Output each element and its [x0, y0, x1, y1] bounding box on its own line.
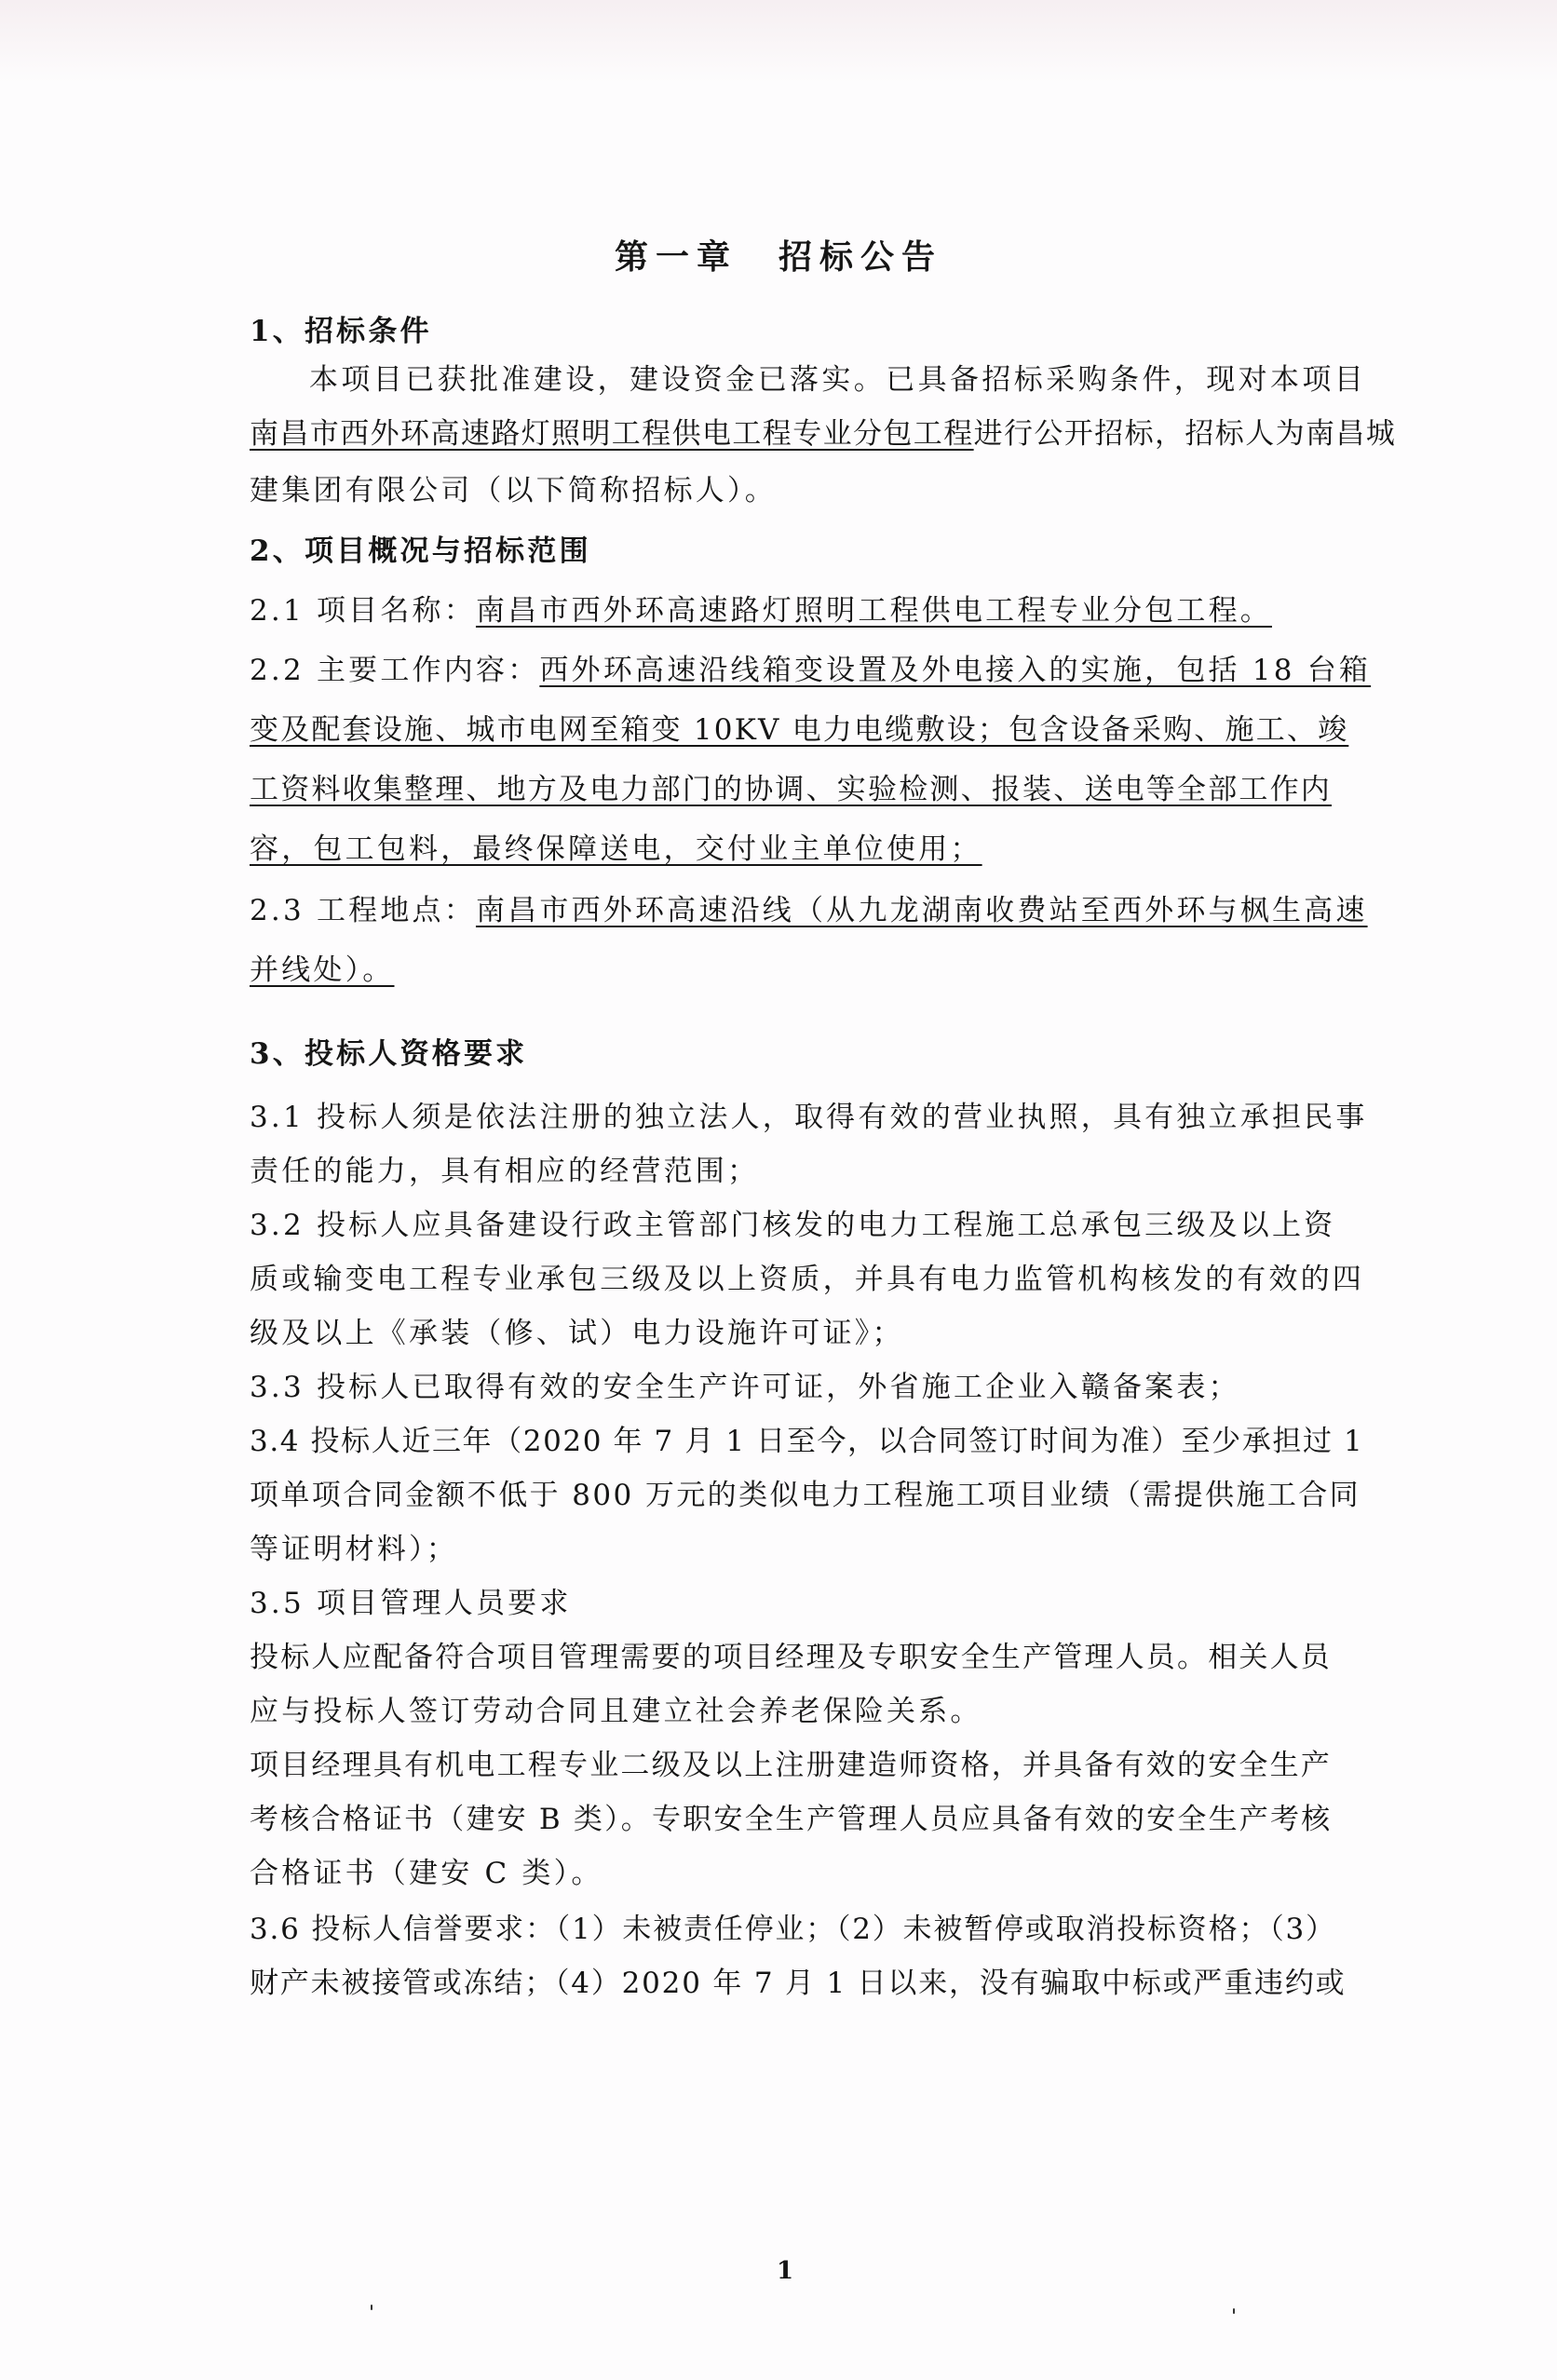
item-2-2: 2.2 主要工作内容：西外环高速沿线箱变设置及外电接入的实施，包括 18 台箱 [250, 652, 1371, 689]
item-value-underlined: 容，包工包料，最终保障送电，交付业主单位使用； [250, 832, 982, 866]
item-value-underlined: 南昌市西外环高速路灯照明工程供电工程专业分包工程。 [476, 594, 1272, 628]
item-value-underlined: 西外环高速沿线箱变设置及外电接入的实施，包括 18 台箱 [539, 654, 1371, 687]
section-3-line: 3.2 投标人应具备建设行政主管部门核发的电力工程施工总承包三级及以上资 [250, 1207, 1335, 1244]
section-3-line: 3.3 投标人已取得有效的安全生产许可证，外省施工企业入赣备案表； [250, 1369, 1240, 1406]
section-3-line: 考核合格证书（建安 B 类）。专职安全生产管理人员应具备有效的安全生产考核 [250, 1801, 1332, 1838]
section-3-line: 3.4 投标人近三年（2020 年 7 月 1 日至今，以合同签订时间为准）至少… [250, 1423, 1363, 1460]
item-value-underlined: 变及配套设施、城市电网至箱变 10KV 电力电缆敷设；包含设备采购、施工、竣 [250, 713, 1348, 747]
section-2-heading: 2、项目概况与招标范围 [250, 533, 591, 570]
item-2-2-continuation: 容，包工包料，最终保障送电，交付业主单位使用； [250, 831, 982, 868]
section-3-6-line: 3.6 投标人信誉要求：（1）未被责任停业；（2）未被暂停或取消投标资格；（3） [250, 1911, 1336, 1948]
section-3-line: 责任的能力，具有相应的经营范围； [250, 1153, 759, 1190]
section-3-line: 应与投标人签订劳动合同且建立社会养老保险关系。 [250, 1693, 982, 1730]
item-2-3: 2.3 工程地点：南昌市西外环高速沿线（从九龙湖南收费站至西外环与枫生高速 [250, 892, 1368, 929]
section-1-paragraph-text: 进行公开招标，招标人为南昌城 [974, 417, 1397, 451]
section-1-paragraph-line: 本项目已获批准建设，建设资金已落实。已具备招标采购条件，现对本项目 [309, 361, 1366, 399]
item-label: 2.3 工程地点： [250, 894, 476, 927]
page-number: 1 [777, 2257, 793, 2285]
section-3-5-heading: 3.5 项目管理人员要求 [250, 1585, 572, 1622]
scan-speck [1233, 2308, 1235, 2314]
section-3-heading: 3、投标人资格要求 [250, 1035, 527, 1073]
item-2-1: 2.1 项目名称：南昌市西外环高速路灯照明工程供电工程专业分包工程。 [250, 592, 1272, 629]
chapter-title: 第一章 招标公告 [0, 231, 1557, 278]
item-label: 2.2 主要工作内容： [250, 654, 539, 687]
item-value-underlined: 南昌市西外环高速沿线（从九龙湖南收费站至西外环与枫生高速 [476, 894, 1368, 927]
section-3-line: 投标人应配备符合项目管理需要的项目经理及专职安全生产管理人员。相关人员 [250, 1639, 1332, 1676]
item-value-underlined: 并线处）。 [250, 953, 395, 987]
scan-speck [371, 2305, 372, 2310]
section-1-heading: 1、招标条件 [250, 313, 432, 350]
item-2-2-continuation: 变及配套设施、城市电网至箱变 10KV 电力电缆敷设；包含设备采购、施工、竣 [250, 711, 1348, 749]
item-label: 2.1 项目名称： [250, 594, 476, 628]
item-2-3-continuation: 并线处）。 [250, 952, 395, 989]
section-3-line: 质或输变电工程专业承包三级及以上资质，并具有电力监管机构核发的有效的四 [250, 1261, 1364, 1298]
section-3-line: 3.1 投标人须是依法注册的独立法人，取得有效的营业执照，具有独立承担民事 [250, 1099, 1368, 1136]
section-3-line: 项目经理具有机电工程专业二级及以上注册建造师资格，并具备有效的安全生产 [250, 1747, 1332, 1784]
item-value-underlined: 工资料收集整理、地方及电力部门的协调、实验检测、报装、送电等全部工作内 [250, 773, 1332, 806]
section-3-line: 项单项合同金额不低于 800 万元的类似电力工程施工项目业绩（需提供施工合同 [250, 1477, 1361, 1514]
section-1-paragraph-line: 南昌市西外环高速路灯照明工程供电工程专业分包工程进行公开招标，招标人为南昌城 [250, 415, 1396, 453]
section-3-line: 合格证书（建安 C 类）。 [250, 1855, 603, 1892]
project-name-underlined: 南昌市西外环高速路灯照明工程供电工程专业分包工程 [250, 417, 974, 451]
section-3-line: 等证明材料）； [250, 1531, 458, 1568]
section-3-line: 级及以上《承装（修、试）电力设施许可证》； [250, 1315, 904, 1352]
section-1-paragraph-line: 建集团有限公司（以下简称招标人）。 [250, 472, 777, 509]
scanned-document-page: 第一章 招标公告 1、招标条件 本项目已获批准建设，建设资金已落实。已具备招标采… [0, 0, 1557, 2380]
section-3-6-line: 财产未被接管或冻结；（4）2020 年 7 月 1 日以来，没有骗取中标或严重违… [250, 1965, 1346, 2002]
item-2-2-continuation: 工资料收集整理、地方及电力部门的协调、实验检测、报装、送电等全部工作内 [250, 771, 1332, 808]
